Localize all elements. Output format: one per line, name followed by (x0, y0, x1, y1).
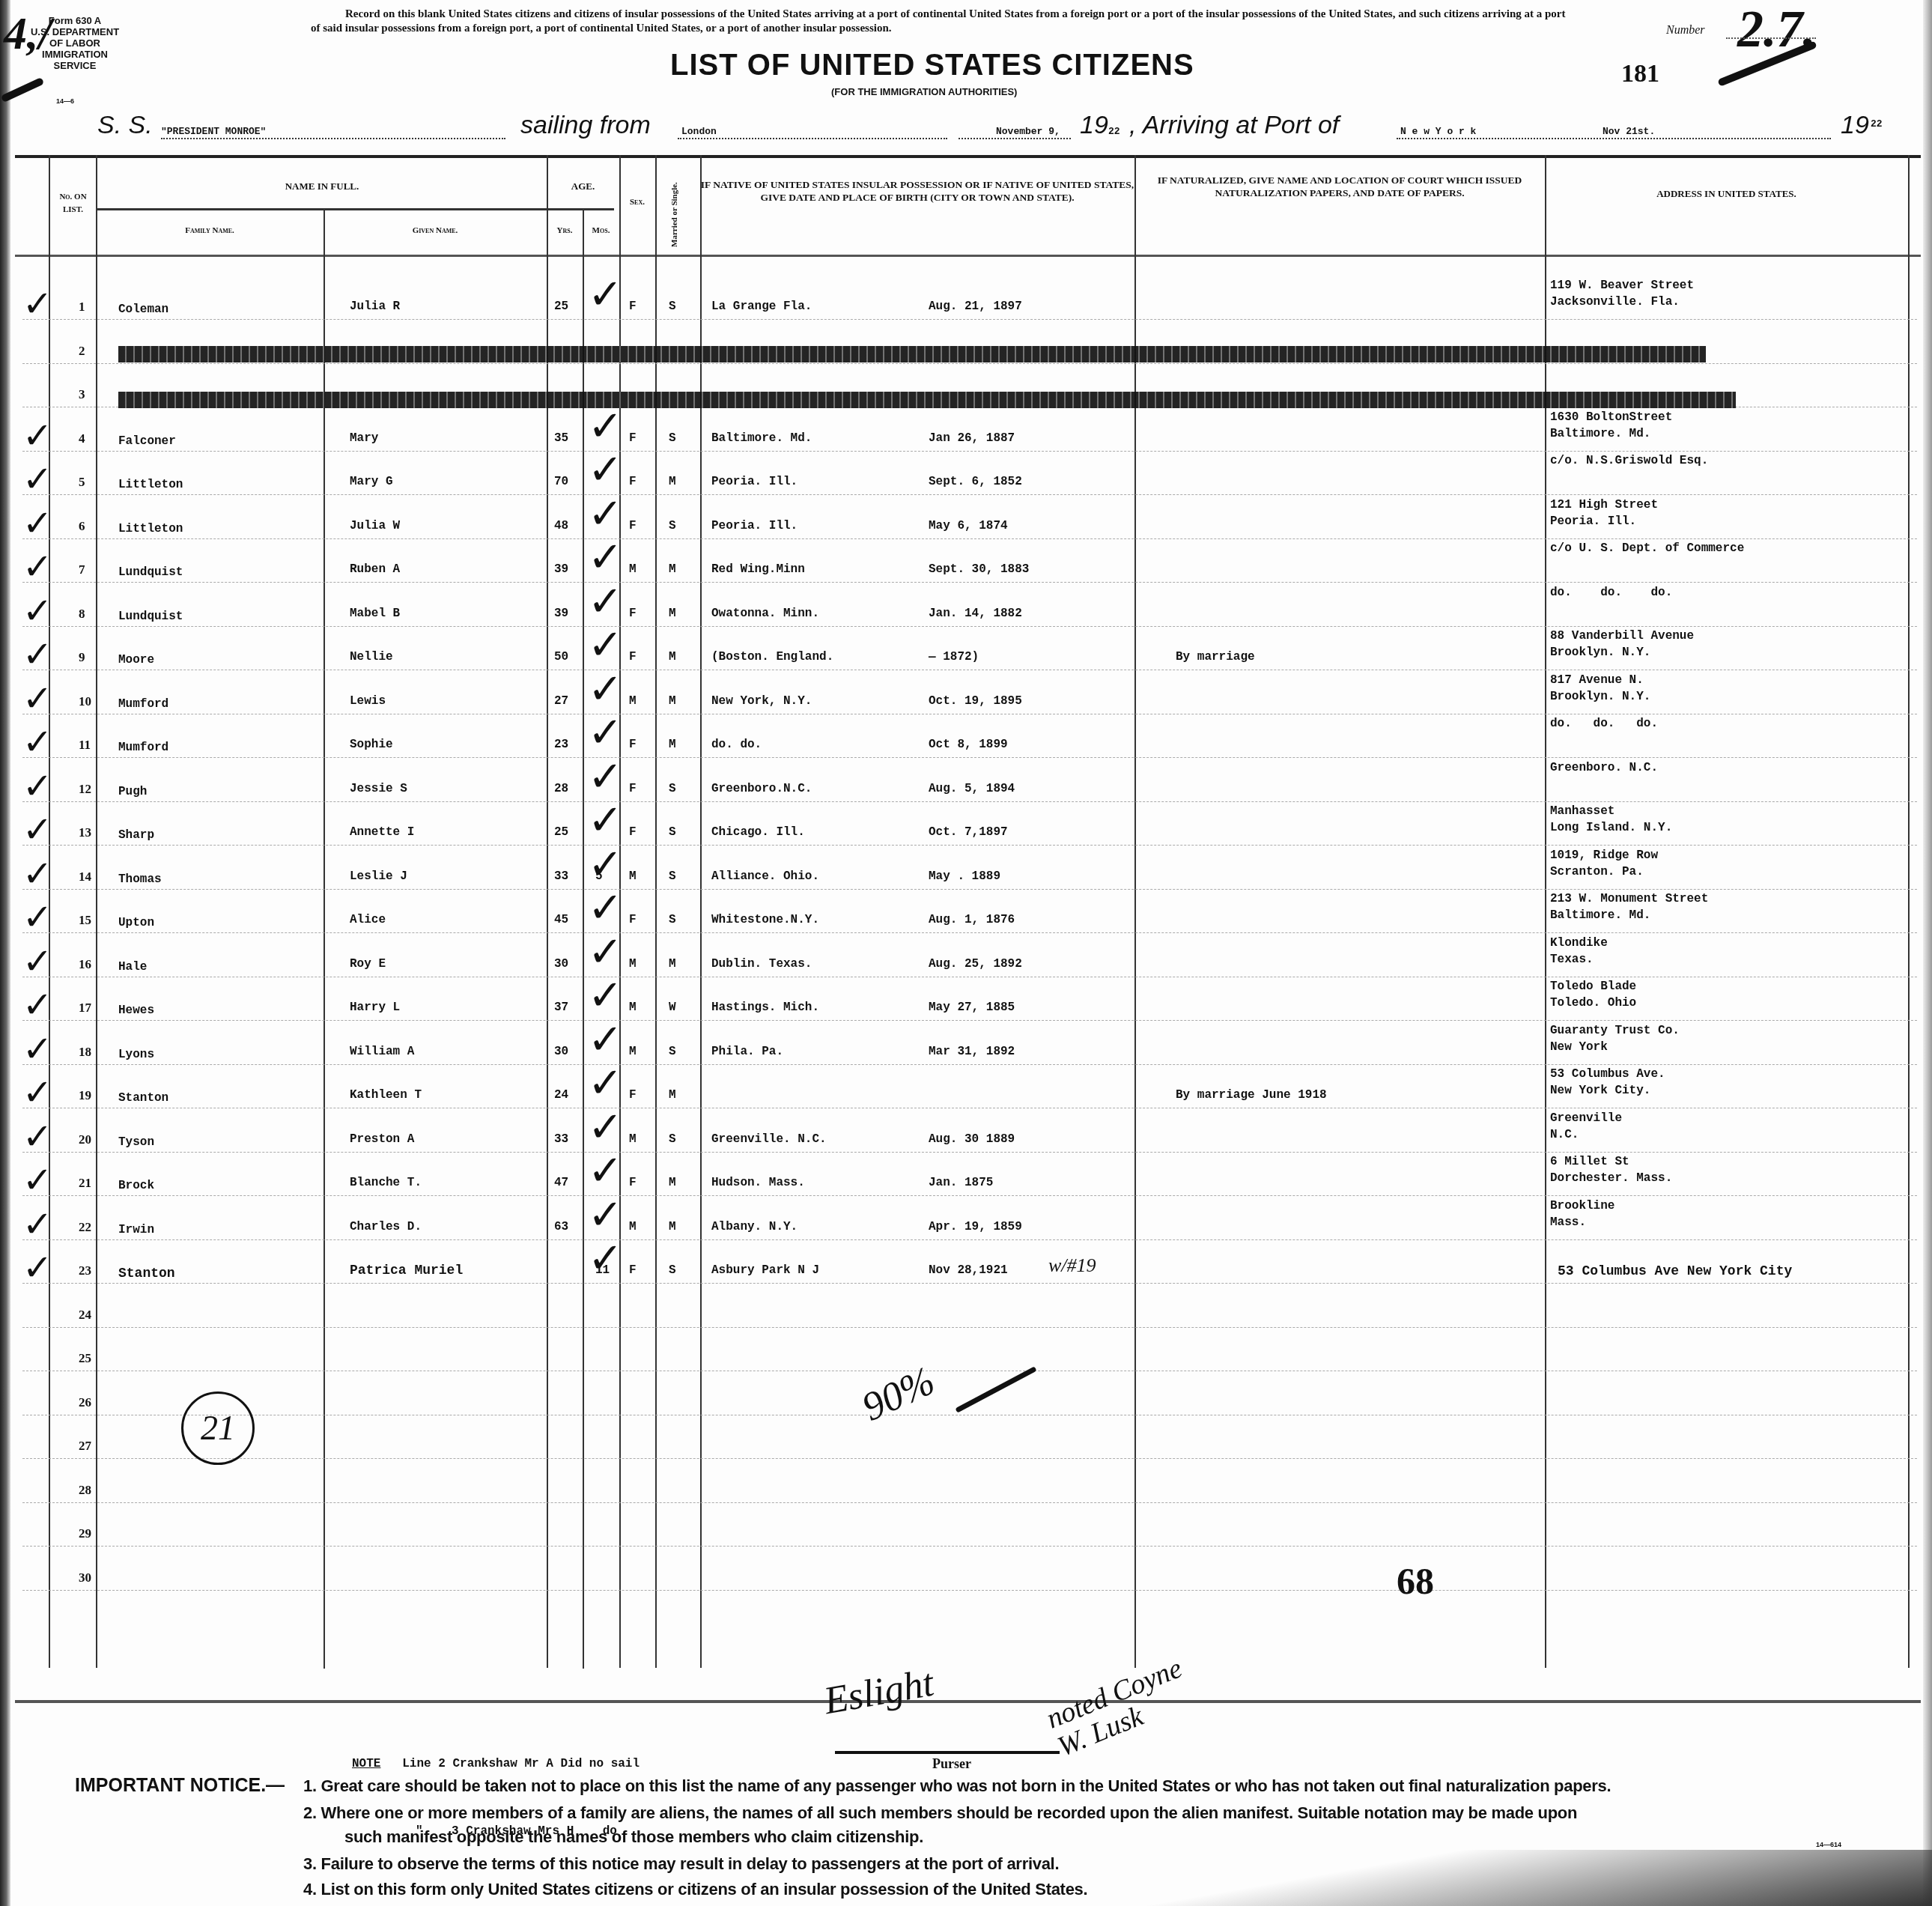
marital-status: M (669, 1220, 676, 1233)
inspector-check-mark-icon: ✓ (588, 1022, 623, 1058)
marital-status: M (669, 607, 676, 620)
given-name: Charles D. (350, 1220, 422, 1233)
birth-place: Alliance. Ohio. (711, 869, 819, 883)
inspector-check-mark-icon: ✓ (588, 1153, 623, 1189)
row-number: 6 (79, 519, 85, 534)
address: 119 W. Beaver Street Jacksonville. Fla. (1550, 277, 1694, 310)
birth-date: Aug. 21, 1897 (929, 300, 1022, 313)
row-number: 21 (79, 1176, 91, 1191)
family-name: Lundquist (118, 565, 183, 579)
age-years: 48 (554, 519, 568, 532)
header-married-or-single: Married or Single. (670, 172, 679, 247)
age-years: 25 (554, 825, 568, 839)
voyage-line: S. S. "PRESIDENT MONROE" sailing from Lo… (97, 111, 1835, 148)
sex: M (629, 1045, 637, 1058)
departure-date-dots (959, 138, 1071, 139)
marital-status: M (669, 694, 676, 708)
note-label: NOTE (352, 1757, 380, 1770)
family-name: Coleman (118, 303, 168, 316)
family-name: Falconer (118, 434, 176, 448)
birth-date: Oct 8, 1899 (929, 738, 1008, 751)
birth-place: Hudson. Mass. (711, 1176, 805, 1189)
department-name: U.S. DEPARTMENT OF LABOR (30, 26, 120, 49)
row-number: 16 (79, 957, 91, 972)
age-years: 24 (554, 1088, 568, 1102)
age-years: 28 (554, 782, 568, 795)
row-number: 22 (79, 1220, 91, 1235)
scan-shadow (1123, 1850, 1932, 1906)
marital-status: M (669, 475, 676, 488)
header-birth-info: IF NATIVE OF UNITED STATES INSULAR POSSE… (700, 178, 1134, 204)
birth-place: do. do. (711, 738, 762, 751)
check-mark-icon: ✓ (22, 506, 52, 541)
given-name: Mabel B (350, 607, 400, 620)
notice-item-4: 4. List on this form only United States … (303, 1878, 1087, 1901)
address: 53 Columbus Ave New York City (1558, 1263, 1792, 1280)
age-years: 27 (554, 694, 568, 708)
sex: F (629, 913, 637, 926)
table-header-border (15, 255, 1921, 257)
page-subtitle: (FOR THE IMMIGRATION AUTHORITIES) (831, 86, 1017, 97)
inspector-check-mark-icon: ✓ (588, 1110, 623, 1146)
given-name: Julia W (350, 519, 400, 532)
check-mark-icon: ✓ (22, 681, 52, 717)
given-name: Roy E (350, 957, 386, 971)
family-name: Brock (118, 1179, 154, 1192)
departure-port: London (681, 126, 717, 137)
purser-label: Purser (932, 1756, 971, 1772)
age-years: 45 (554, 913, 568, 926)
row-number: 2 (79, 344, 85, 359)
empty-table-row: 24 (0, 1308, 1932, 1351)
marital-status: M (669, 650, 676, 664)
inspector-check-mark-icon: ✓ (588, 277, 623, 313)
marital-status: S (669, 825, 676, 839)
row-number: 29 (79, 1526, 91, 1541)
birth-place: New York, N.Y. (711, 694, 812, 708)
address: do. do. do. (1550, 715, 1658, 732)
age-years: 33 (554, 1132, 568, 1146)
marital-status: S (669, 300, 676, 313)
naturalization: By marriage (1176, 650, 1255, 664)
notice-item-2-cont: such manifest opposite the names of thos… (344, 1826, 923, 1848)
purser-signature: Eslight (821, 1661, 937, 1724)
marital-status: S (669, 869, 676, 883)
header-given-name: Given Name. (323, 225, 547, 237)
departure-date: November 9, (996, 126, 1060, 137)
birth-place: Peoria. Ill. (711, 519, 798, 532)
address: Klondike Texas. (1550, 935, 1608, 968)
ship-name: "PRESIDENT MONROE" (161, 126, 266, 137)
given-name: Leslie J (350, 869, 407, 883)
row-number: 11 (79, 738, 91, 753)
birth-date: Aug. 1, 1876 (929, 913, 1015, 926)
row-number: 23 (79, 1263, 91, 1278)
header-mos: Mos. (583, 225, 619, 237)
age-months: 11 (595, 1263, 610, 1277)
arrival-port-dots (1397, 138, 1831, 139)
address: 213 W. Monument Street Baltimore. Md. (1550, 890, 1708, 923)
birth-date: Aug. 25, 1892 (929, 957, 1022, 971)
header-naturalization: IF NATURALIZED, GIVE NAME AND LOCATION O… (1134, 174, 1545, 199)
age-years: 35 (554, 431, 568, 445)
inspector-check-mark-icon: ✓ (588, 409, 623, 445)
header-name-in-full: NAME IN FULL. (97, 180, 547, 192)
check-mark-icon: ✓ (22, 637, 52, 673)
service-name: IMMIGRATION SERVICE (30, 49, 120, 71)
row-number: 7 (79, 562, 85, 577)
sex: F (629, 1176, 637, 1189)
row-number: 5 (79, 475, 85, 490)
age-years: 30 (554, 1045, 568, 1058)
birth-date: Mar 31, 1892 (929, 1045, 1015, 1058)
arrival-year-prefix: 19 (1841, 111, 1869, 140)
row-number: 27 (79, 1439, 91, 1454)
row-number: 26 (79, 1395, 91, 1410)
birth-date: Sept. 6, 1852 (929, 475, 1022, 488)
birth-place: Asbury Park N J (711, 1263, 819, 1277)
page-title: LIST OF UNITED STATES CITIZENS (670, 49, 1194, 82)
family-name: Stanton (118, 1091, 168, 1105)
sex: M (629, 869, 637, 883)
row-number: 3 (79, 387, 85, 402)
row-number: 13 (79, 825, 91, 840)
arriving-label: , Arriving at Port of (1129, 111, 1339, 140)
address: Guaranty Trust Co. New York (1550, 1022, 1680, 1055)
check-mark-icon: ✓ (22, 1162, 52, 1198)
marital-status: M (669, 957, 676, 971)
sex: F (629, 825, 637, 839)
given-name: Mary (350, 431, 378, 445)
departure-year-prefix: 19 (1080, 111, 1108, 140)
birth-place: (Boston. England. (711, 650, 833, 664)
sex: M (629, 957, 637, 971)
inspector-check-mark-icon: ✓ (588, 978, 623, 1014)
address: 121 High Street Peoria. Ill. (1550, 497, 1658, 529)
row-number: 30 (79, 1570, 91, 1585)
family-name: Mumford (118, 741, 168, 754)
address: Greenville N.C. (1550, 1110, 1622, 1143)
sex: M (629, 1220, 637, 1233)
birth-date: May 6, 1874 (929, 519, 1008, 532)
birth-place: Peoria. Ill. (711, 475, 798, 488)
birth-date: Jan. 14, 1882 (929, 607, 1022, 620)
inspector-check-mark-icon: ✓ (588, 540, 623, 576)
given-name: Kathleen T (350, 1088, 422, 1102)
sex: F (629, 782, 637, 795)
given-name: Patrica Muriel (350, 1263, 463, 1278)
row-number: 24 (79, 1308, 91, 1323)
empty-table-row: 26 (0, 1395, 1932, 1439)
birth-place: Red Wing.Minn (711, 562, 805, 576)
empty-table-row: 28 (0, 1483, 1932, 1526)
ss-label: S. S. (97, 111, 153, 140)
row-number: 15 (79, 913, 91, 928)
given-name: William A (350, 1045, 414, 1058)
birth-place: Owatonna. Minn. (711, 607, 819, 620)
struck-out-row-3 (118, 392, 1736, 408)
given-name: Preston A (350, 1132, 414, 1146)
check-mark-icon: ✓ (22, 856, 52, 892)
number-label: Number (1666, 24, 1705, 37)
family-name: Mumford (118, 697, 168, 711)
birth-place: Baltimore. Md. (711, 431, 812, 445)
address: Toledo Blade Toledo. Ohio (1550, 978, 1636, 1011)
sex: F (629, 607, 637, 620)
given-name: Julia R (350, 300, 400, 313)
table-row: ✓✓16HaleRoy E30MMDublin. Texas.Aug. 25, … (0, 957, 1932, 1001)
check-mark-icon: ✓ (22, 987, 52, 1023)
age-years: 23 (554, 738, 568, 751)
given-name: Nellie (350, 650, 393, 664)
family-name: Tyson (118, 1135, 154, 1149)
sailing-from-label: sailing from (520, 111, 651, 140)
form-code-bottom: 14—614 (1816, 1841, 1841, 1848)
empty-table-row: 30 (0, 1570, 1932, 1614)
birth-date: Apr. 19, 1859 (929, 1220, 1022, 1233)
row-number: 10 (79, 694, 91, 709)
birth-place: La Grange Fla. (711, 300, 812, 313)
given-name: Alice (350, 913, 386, 926)
notice-heading: IMPORTANT NOTICE.— (75, 1775, 285, 1797)
check-mark-icon: ✓ (22, 944, 52, 980)
birth-place: Hastings. Mich. (711, 1001, 819, 1014)
marital-status: S (669, 431, 676, 445)
age-subheader-line (97, 208, 614, 210)
family-name: Moore (118, 653, 154, 667)
marital-status: S (669, 1045, 676, 1058)
given-name: Ruben A (350, 562, 400, 576)
birth-place: Chicago. Ill. (711, 825, 805, 839)
marital-status: M (669, 738, 676, 751)
header-address: ADDRESS IN UNITED STATES. (1545, 187, 1908, 200)
check-mark-icon: ✓ (22, 899, 52, 935)
family-name: Upton (118, 916, 154, 929)
check-mark-icon: ✓ (22, 418, 52, 454)
check-mark-icon: ✓ (22, 1250, 52, 1286)
row-number: 20 (79, 1132, 91, 1147)
inspector-check-mark-icon: ✓ (588, 672, 623, 708)
marital-status: M (669, 1088, 676, 1102)
sex: F (629, 519, 637, 532)
marital-status: S (669, 913, 676, 926)
family-name: Hewes (118, 1004, 154, 1017)
family-name: Stanton (118, 1266, 175, 1281)
age-years: 25 (554, 300, 568, 313)
sex: F (629, 738, 637, 751)
age-years: 47 (554, 1176, 568, 1189)
table-row: ✓✓22IrwinCharles D.63MMAlbany. N.Y.Apr. … (0, 1220, 1932, 1263)
record-instructions: Record on this blank United States citiz… (311, 7, 1569, 36)
header-family-name: Family Name. (97, 225, 322, 237)
table-row: ✓✓23StantonPatrica Muriel11FSAsbury Park… (0, 1263, 1932, 1307)
check-mark-icon: ✓ (22, 593, 52, 629)
sex: F (629, 475, 637, 488)
check-mark-icon: ✓ (22, 1075, 52, 1111)
arrival-port: N e w Y o r k (1400, 126, 1476, 137)
given-name: Sophie (350, 738, 393, 751)
note-line-1: Line 2 Crankshaw Mr A Did no sail (402, 1757, 640, 1770)
birth-date: Sept. 30, 1883 (929, 562, 1029, 576)
address: 53 Columbus Ave. New York City. (1550, 1066, 1665, 1099)
address: Manhasset Long Island. N.Y. (1550, 803, 1672, 836)
form-identifier: Form 630 A U.S. DEPARTMENT OF LABOR IMMI… (30, 15, 120, 71)
sex: M (629, 1001, 637, 1014)
handwritten-annotation: w/#19 (1048, 1254, 1096, 1277)
address: 88 Vanderbill Avenue Brooklyn. N.Y. (1550, 628, 1694, 661)
inspector-check-mark-icon: ✓ (588, 803, 623, 839)
row-number: 12 (79, 782, 91, 797)
age-years: 33 (554, 869, 568, 883)
sex: M (629, 562, 637, 576)
birth-date: Nov 28,1921 (929, 1263, 1008, 1277)
address: Greenboro. N.C. (1550, 759, 1658, 776)
number-underline (1726, 37, 1816, 39)
marital-status: S (669, 1132, 676, 1146)
header-yrs: Yrs. (547, 225, 583, 237)
form-number: Form 630 A (30, 15, 120, 26)
marital-status: W (669, 1001, 676, 1014)
check-mark-icon: ✓ (22, 724, 52, 760)
inspector-check-mark-icon: ✓ (588, 584, 623, 620)
birth-date: Oct. 19, 1895 (929, 694, 1022, 708)
age-years: 37 (554, 1001, 568, 1014)
address: c/o. N.S.Griswold Esq. (1550, 452, 1708, 469)
inspector-check-mark-icon: ✓ (588, 935, 623, 971)
age-years: 50 (554, 650, 568, 664)
page-stamp: 68 (1397, 1559, 1434, 1603)
check-mark-icon: ✓ (22, 1119, 52, 1155)
address: 1019, Ridge Row Scranton. Pa. (1550, 847, 1658, 880)
birth-place: Whitestone.N.Y. (711, 913, 819, 926)
inspector-check-mark-icon: ✓ (588, 497, 623, 532)
birth-place: Greenboro.N.C. (711, 782, 812, 795)
given-name: Jessie S (350, 782, 407, 795)
sex: M (629, 694, 637, 708)
row-number: 25 (79, 1351, 91, 1366)
family-name: Sharp (118, 828, 154, 842)
address: 6 Millet St Dorchester. Mass. (1550, 1153, 1672, 1186)
address: c/o U. S. Dept. of Commerce (1550, 540, 1744, 556)
sex: M (629, 1132, 637, 1146)
table-row: ✓✓1ColemanJulia R25FSLa Grange Fla.Aug. … (0, 300, 1932, 343)
address: 1630 BoltonStreet Baltimore. Md. (1550, 409, 1672, 442)
check-mark-icon: ✓ (22, 768, 52, 804)
check-mark-icon: ✓ (22, 1031, 52, 1067)
form-code: 14—6 (56, 97, 74, 105)
marital-status: M (669, 562, 676, 576)
birth-date: May 27, 1885 (929, 1001, 1015, 1014)
check-mark-icon: ✓ (22, 812, 52, 848)
departure-year: 22 (1108, 126, 1120, 137)
given-name: Lewis (350, 694, 386, 708)
header-no-on-list: No. ON LIST. (52, 191, 94, 216)
sex: F (629, 650, 637, 664)
sex: F (629, 1263, 637, 1277)
family-name: Hale (118, 960, 147, 974)
struck-out-row-2 (118, 346, 1706, 362)
age-years: 39 (554, 607, 568, 620)
table-bottom-border (15, 1700, 1921, 1703)
family-name: Pugh (118, 785, 147, 798)
given-name: Harry L (350, 1001, 400, 1014)
family-name: Littleton (118, 478, 183, 491)
age-years: 30 (554, 957, 568, 971)
marital-status: M (669, 1176, 676, 1189)
given-name: Blanche T. (350, 1176, 422, 1189)
inspector-check-mark-icon: ✓ (588, 628, 623, 664)
age-years: 39 (554, 562, 568, 576)
birth-date: Oct. 7,1897 (929, 825, 1008, 839)
signature-line (835, 1751, 1060, 1754)
inspector-notation: noted Coyne W. Lusk (1042, 1653, 1197, 1762)
row-number: 14 (79, 869, 91, 884)
inspector-check-mark-icon: ✓ (588, 759, 623, 795)
family-name: Lundquist (118, 610, 183, 623)
ship-name-dots (161, 138, 505, 139)
marital-status: S (669, 782, 676, 795)
row-number: 8 (79, 607, 85, 622)
birth-date: Aug. 5, 1894 (929, 782, 1015, 795)
table-row: ✓✓21BrockBlanche T.47FMHudson. Mass.Jan.… (0, 1176, 1932, 1219)
age-years: 70 (554, 475, 568, 488)
inspector-check-mark-icon: ✓ (588, 890, 623, 926)
circled-count: 21 (181, 1391, 255, 1465)
inspector-check-mark-icon: ✓ (588, 452, 623, 488)
empty-table-row: 25 (0, 1351, 1932, 1394)
family-name: Lyons (118, 1048, 154, 1061)
inspector-check-mark-icon: ✓ (588, 1198, 623, 1233)
sex: F (629, 300, 637, 313)
birth-date: — 1872) (929, 650, 979, 664)
row-number: 17 (79, 1001, 91, 1016)
arrival-year: 22 (1871, 118, 1883, 130)
arrival-date: Nov 21st. (1603, 126, 1655, 137)
row-number: 19 (79, 1088, 91, 1103)
birth-date: Jan. 1875 (929, 1176, 993, 1189)
family-name: Irwin (118, 1223, 154, 1236)
row-number: 1 (79, 300, 85, 315)
family-name: Littleton (118, 522, 183, 535)
check-mark-icon: ✓ (22, 286, 52, 322)
header-sex: Sex. (619, 196, 655, 209)
header-age: AGE. (547, 180, 619, 192)
row-number: 28 (79, 1483, 91, 1498)
row-number: 9 (79, 650, 85, 665)
age-months: 5 (595, 869, 603, 883)
birth-date: Aug. 30 1889 (929, 1132, 1015, 1146)
naturalization: By marriage June 1918 (1176, 1088, 1327, 1102)
sex: F (629, 431, 637, 445)
departure-port-dots (678, 138, 947, 139)
inspector-check-mark-icon: ✓ (588, 715, 623, 751)
row-number: 18 (79, 1045, 91, 1060)
inspector-check-mark-icon: ✓ (588, 1066, 623, 1102)
birth-place: Dublin. Texas. (711, 957, 812, 971)
birth-date: May . 1889 (929, 869, 1000, 883)
row-number: 4 (79, 431, 85, 446)
notice-item-1: 1. Great care should be taken not to pla… (303, 1775, 1611, 1797)
marital-status: S (669, 519, 676, 532)
check-mark-icon: ✓ (22, 549, 52, 585)
birth-place: Albany. N.Y. (711, 1220, 798, 1233)
age-years: 63 (554, 1220, 568, 1233)
table-row: ✓✓15UptonAlice45FSWhitestone.N.Y.Aug. 1,… (0, 913, 1932, 956)
check-mark-icon: ✓ (22, 461, 52, 497)
table-top-border (15, 155, 1921, 158)
given-name: Mary G (350, 475, 393, 488)
empty-table-row: 29 (0, 1526, 1932, 1570)
